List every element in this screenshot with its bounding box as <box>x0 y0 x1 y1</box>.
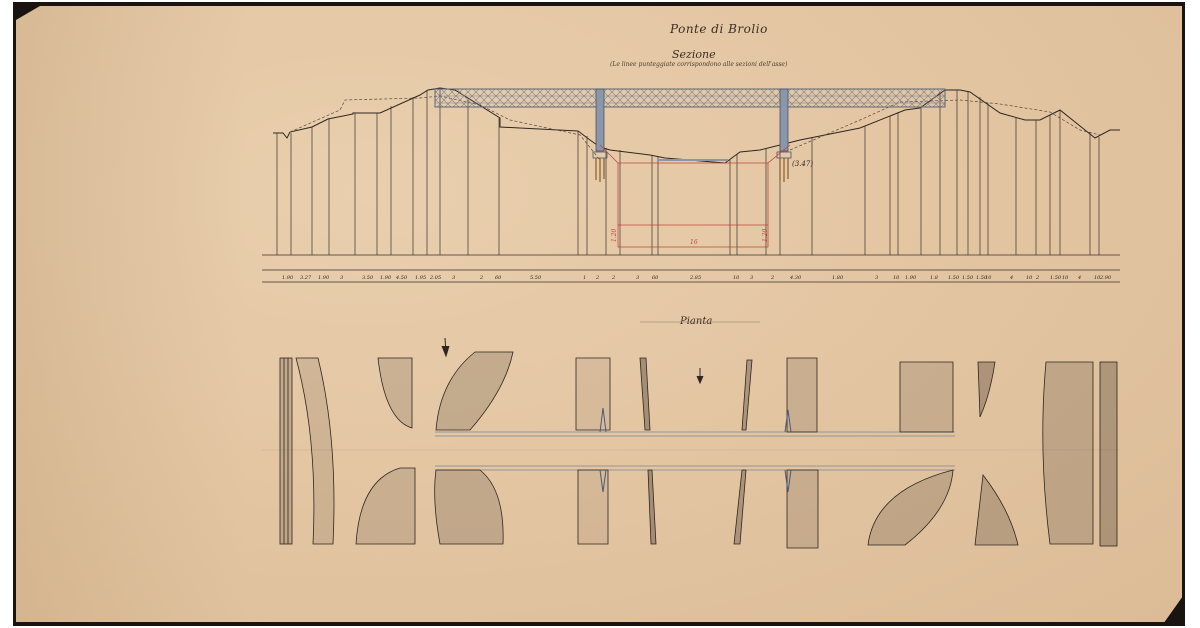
svg-text:1.50: 1.50 <box>962 275 974 281</box>
svg-text:10: 10 <box>733 275 740 281</box>
north-arrow-icon <box>697 368 703 383</box>
svg-text:2.05: 2.05 <box>429 275 441 281</box>
svg-text:10: 10 <box>985 275 992 281</box>
section-verticals <box>277 88 1099 255</box>
svg-text:2.85: 2.85 <box>689 275 701 281</box>
red-dimension-right: 1.20 <box>762 228 769 242</box>
svg-text:1: 1 <box>583 275 586 281</box>
svg-text:3: 3 <box>340 275 343 281</box>
svg-text:1.80: 1.80 <box>832 275 844 281</box>
svg-text:3: 3 <box>875 275 878 281</box>
bridge-deck <box>435 89 945 107</box>
svg-text:4: 4 <box>1077 275 1081 281</box>
svg-text:2: 2 <box>1035 275 1039 281</box>
svg-text:1.90: 1.90 <box>318 275 330 281</box>
svg-text:3.27: 3.27 <box>300 275 312 281</box>
svg-text:1.95: 1.95 <box>415 275 426 281</box>
svg-text:60: 60 <box>495 275 502 281</box>
svg-text:4: 4 <box>1009 275 1013 281</box>
svg-text:3: 3 <box>636 275 639 281</box>
svg-text:1.50: 1.50 <box>1050 275 1062 281</box>
svg-text:3: 3 <box>452 275 455 281</box>
svg-text:2.90: 2.90 <box>1099 275 1112 281</box>
svg-text:1.50: 1.50 <box>948 275 960 281</box>
svg-text:5.50: 5.50 <box>530 275 542 281</box>
svg-text:1.90: 1.90 <box>380 275 392 281</box>
road-axis <box>262 432 1120 470</box>
svg-text:2: 2 <box>595 275 599 281</box>
svg-text:3.50: 3.50 <box>362 275 374 281</box>
svg-text:4.30: 4.30 <box>789 275 802 281</box>
technical-drawing: 1.20 1.20 16 (3.47) 1.903.271.90 33.501.… <box>0 0 1200 628</box>
svg-text:2: 2 <box>479 275 483 281</box>
svg-text:1.90: 1.90 <box>905 275 917 281</box>
svg-text:10: 10 <box>893 275 900 281</box>
svg-text:60: 60 <box>652 275 659 281</box>
svg-text:10: 10 <box>1062 275 1069 281</box>
svg-text:1.90: 1.90 <box>282 275 294 281</box>
svg-text:3: 3 <box>750 275 753 281</box>
svg-text:4.50: 4.50 <box>395 275 408 281</box>
svg-text:10: 10 <box>1026 275 1033 281</box>
svg-text:2: 2 <box>770 275 774 281</box>
dimension-values: 1.903.271.90 33.501.90 4.501.952.05 3260… <box>282 275 1112 281</box>
svg-text:1.8: 1.8 <box>930 275 938 281</box>
red-dimension-left: 1.20 <box>611 228 618 242</box>
flow-arrow-icon <box>442 338 449 356</box>
red-span-label: 16 <box>690 239 698 246</box>
elevation-label: (3.47) <box>792 160 813 168</box>
svg-text:2: 2 <box>611 275 615 281</box>
